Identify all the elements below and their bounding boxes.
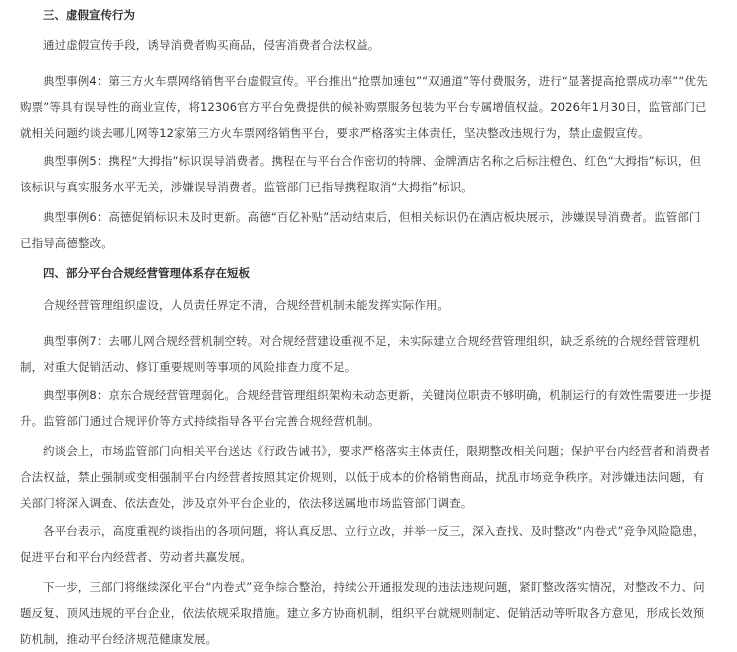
paragraph-interview-meeting: 约谈会上，市场监管部门向相关平台送达《行政告诫书》，要求严格落实主体责任，限期整… — [20, 438, 712, 516]
section-heading-compliance-shortcomings: 四、部分平台合规经营管理体系存在短板 — [43, 260, 250, 286]
paragraph-case-8: 典型事例8：京东合规经营管理弱化。合规经营管理组织架构未动态更新，关键岗位职责不… — [20, 382, 712, 434]
section-heading-false-advertising: 三、虚假宣传行为 — [43, 2, 135, 28]
paragraph-next-steps: 下一步，三部门将继续深化平台“内卷式”竞争综合整治，持续公开通报发现的违法违规问… — [20, 574, 712, 652]
paragraph-case-7: 典型事例7：去哪儿网合规经营机制空转。对合规经营建设重视不足，未实际建立合规经营… — [20, 328, 712, 380]
paragraph-case-5: 典型事例5：携程“大拇指”标识误导消费者。携程在与平台合作密切的特牌、金牌酒店名… — [20, 148, 712, 200]
paragraph-case-6: 典型事例6：高德促销标识未及时更新。高德“百亿补贴”活动结束后，但相关标识仍在酒… — [20, 204, 712, 256]
paragraph-case-4: 典型事例4：第三方火车票网络销售平台虚假宣传。平台推出“抢票加速包”“双通道”等… — [20, 68, 712, 146]
paragraph-compliance-summary: 合规经营管理组织虚设，人员责任界定不清，合规经营机制未能发挥实际作用。 — [20, 292, 712, 318]
article-body: 三、虚假宣传行为 通过虚假宣传手段，诱导消费者购买商品，侵害消费者合法权益。 典… — [0, 0, 737, 652]
paragraph-platform-response: 各平台表示，高度重视约谈指出的各项问题，将认真反思、立行立改，并举一反三，深入查… — [20, 518, 712, 570]
paragraph-false-advertising-summary: 通过虚假宣传手段，诱导消费者购买商品，侵害消费者合法权益。 — [20, 32, 712, 58]
